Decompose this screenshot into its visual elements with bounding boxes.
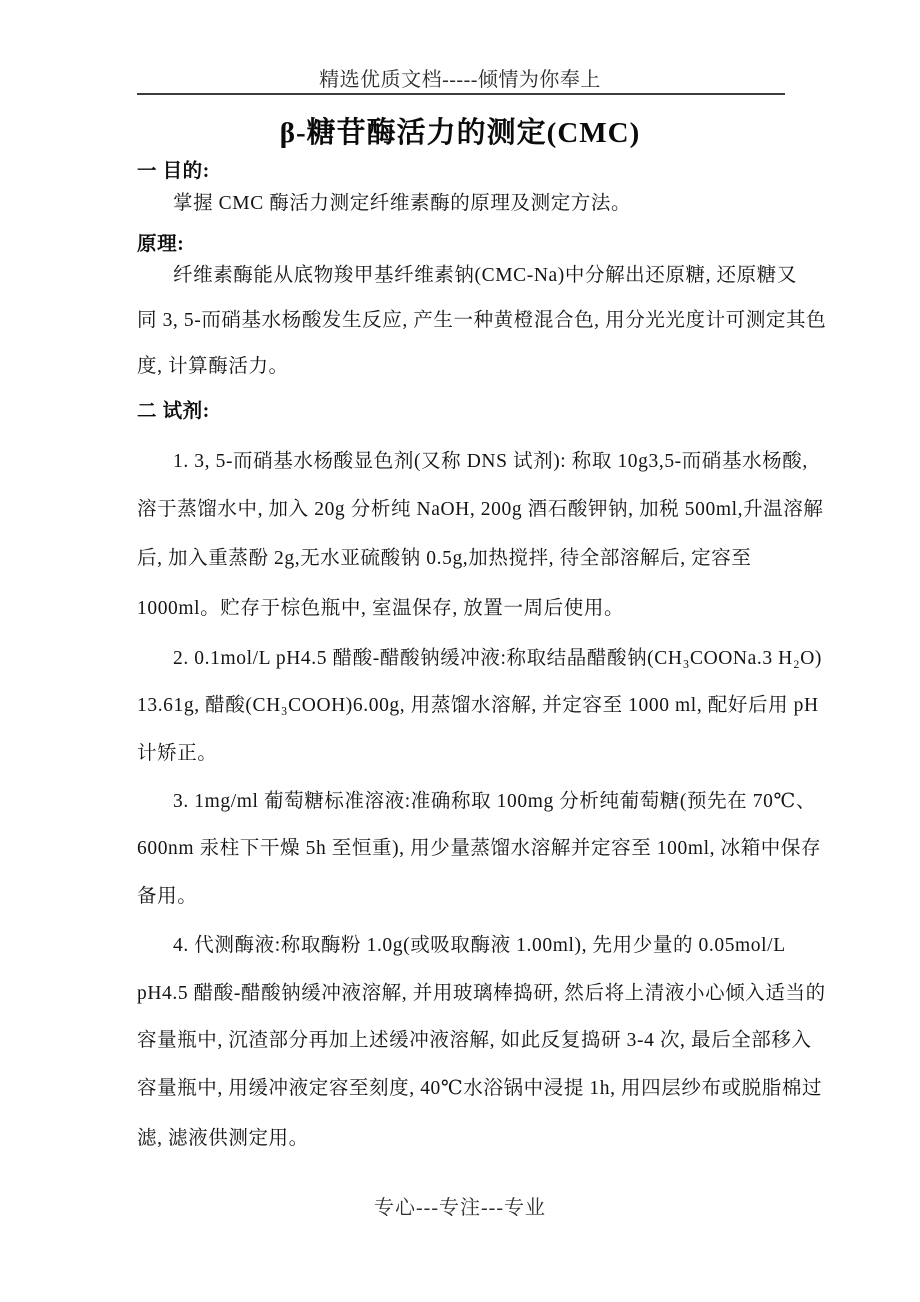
doc-line: 同 3, 5-而硝基水杨酸发生反应, 产生一种黄橙混合色, 用分光光度计可测定其… [137,309,826,333]
doc-line: 度, 计算酶活力。 [137,355,289,379]
section-heading-purpose: 一 目的: [137,160,210,184]
doc-line: 溶于蒸馏水中, 加入 20g 分析纯 NaOH, 200g 酒石酸钾钠, 加税 … [137,498,824,522]
doc-line: 1. 3, 5-而硝基水杨酸显色剂(又称 DNS 试剂): 称取 10g3,5-… [173,450,808,474]
doc-line: 3. 1mg/ml 葡萄糖标准溶液:准确称取 100mg 分析纯葡萄糖(预先在 … [173,790,816,814]
doc-line: 备用。 [137,885,197,909]
doc-line: 计矫正。 [137,742,217,766]
header-divider [137,93,785,95]
doc-line: 13.61g, 醋酸(CH₃COOH)6.00g, 用蒸馏水溶解, 并定容至 1… [137,694,819,718]
doc-line: 2. 0.1mol/L pH4.5 醋酸-醋酸钠缓冲液:称取结晶醋酸钠(CH₃C… [173,647,822,671]
doc-line: 纤维素酶能从底物羧甲基纤维素钠(CMC-Na)中分解出还原糖, 还原糖又 [173,264,797,288]
doc-line: 4. 代测酶液:称取酶粉 1.0g(或吸取酶液 1.00ml), 先用少量的 0… [173,934,786,958]
doc-line: pH4.5 醋酸-醋酸钠缓冲液溶解, 并用玻璃棒捣研, 然后将上清液小心倾入适当… [137,982,826,1006]
section-heading-principle: 原理: [137,233,184,257]
document-title: β-糖苷酶活力的测定(CMC) [0,110,920,151]
doc-line: 容量瓶中, 沉渣部分再加上述缓冲液溶解, 如此反复捣研 3-4 次, 最后全部移… [137,1029,812,1053]
doc-line: 容量瓶中, 用缓冲液定容至刻度, 40℃水浴锅中浸提 1h, 用四层纱布或脱脂棉… [137,1077,822,1101]
page-header-text: 精选优质文档-----倾情为你奉上 [0,63,920,92]
doc-line: 1000ml。贮存于棕色瓶中, 室温保存, 放置一周后使用。 [137,597,624,621]
doc-line: 掌握 CMC 酶活力测定纤维素酶的原理及测定方法。 [173,192,631,216]
doc-line: 后, 加入重蒸酚 2g,无水亚硫酸钠 0.5g,加热搅拌, 待全部溶解后, 定容… [137,547,751,571]
doc-line: 600nm 汞柱下干燥 5h 至恒重), 用少量蒸馏水溶解并定容至 100ml,… [137,837,821,861]
doc-line: 滤, 滤液供测定用。 [137,1127,309,1151]
page-footer-text: 专心---专注---专业 [0,1191,920,1220]
section-heading-reagents: 二 试剂: [137,400,210,424]
